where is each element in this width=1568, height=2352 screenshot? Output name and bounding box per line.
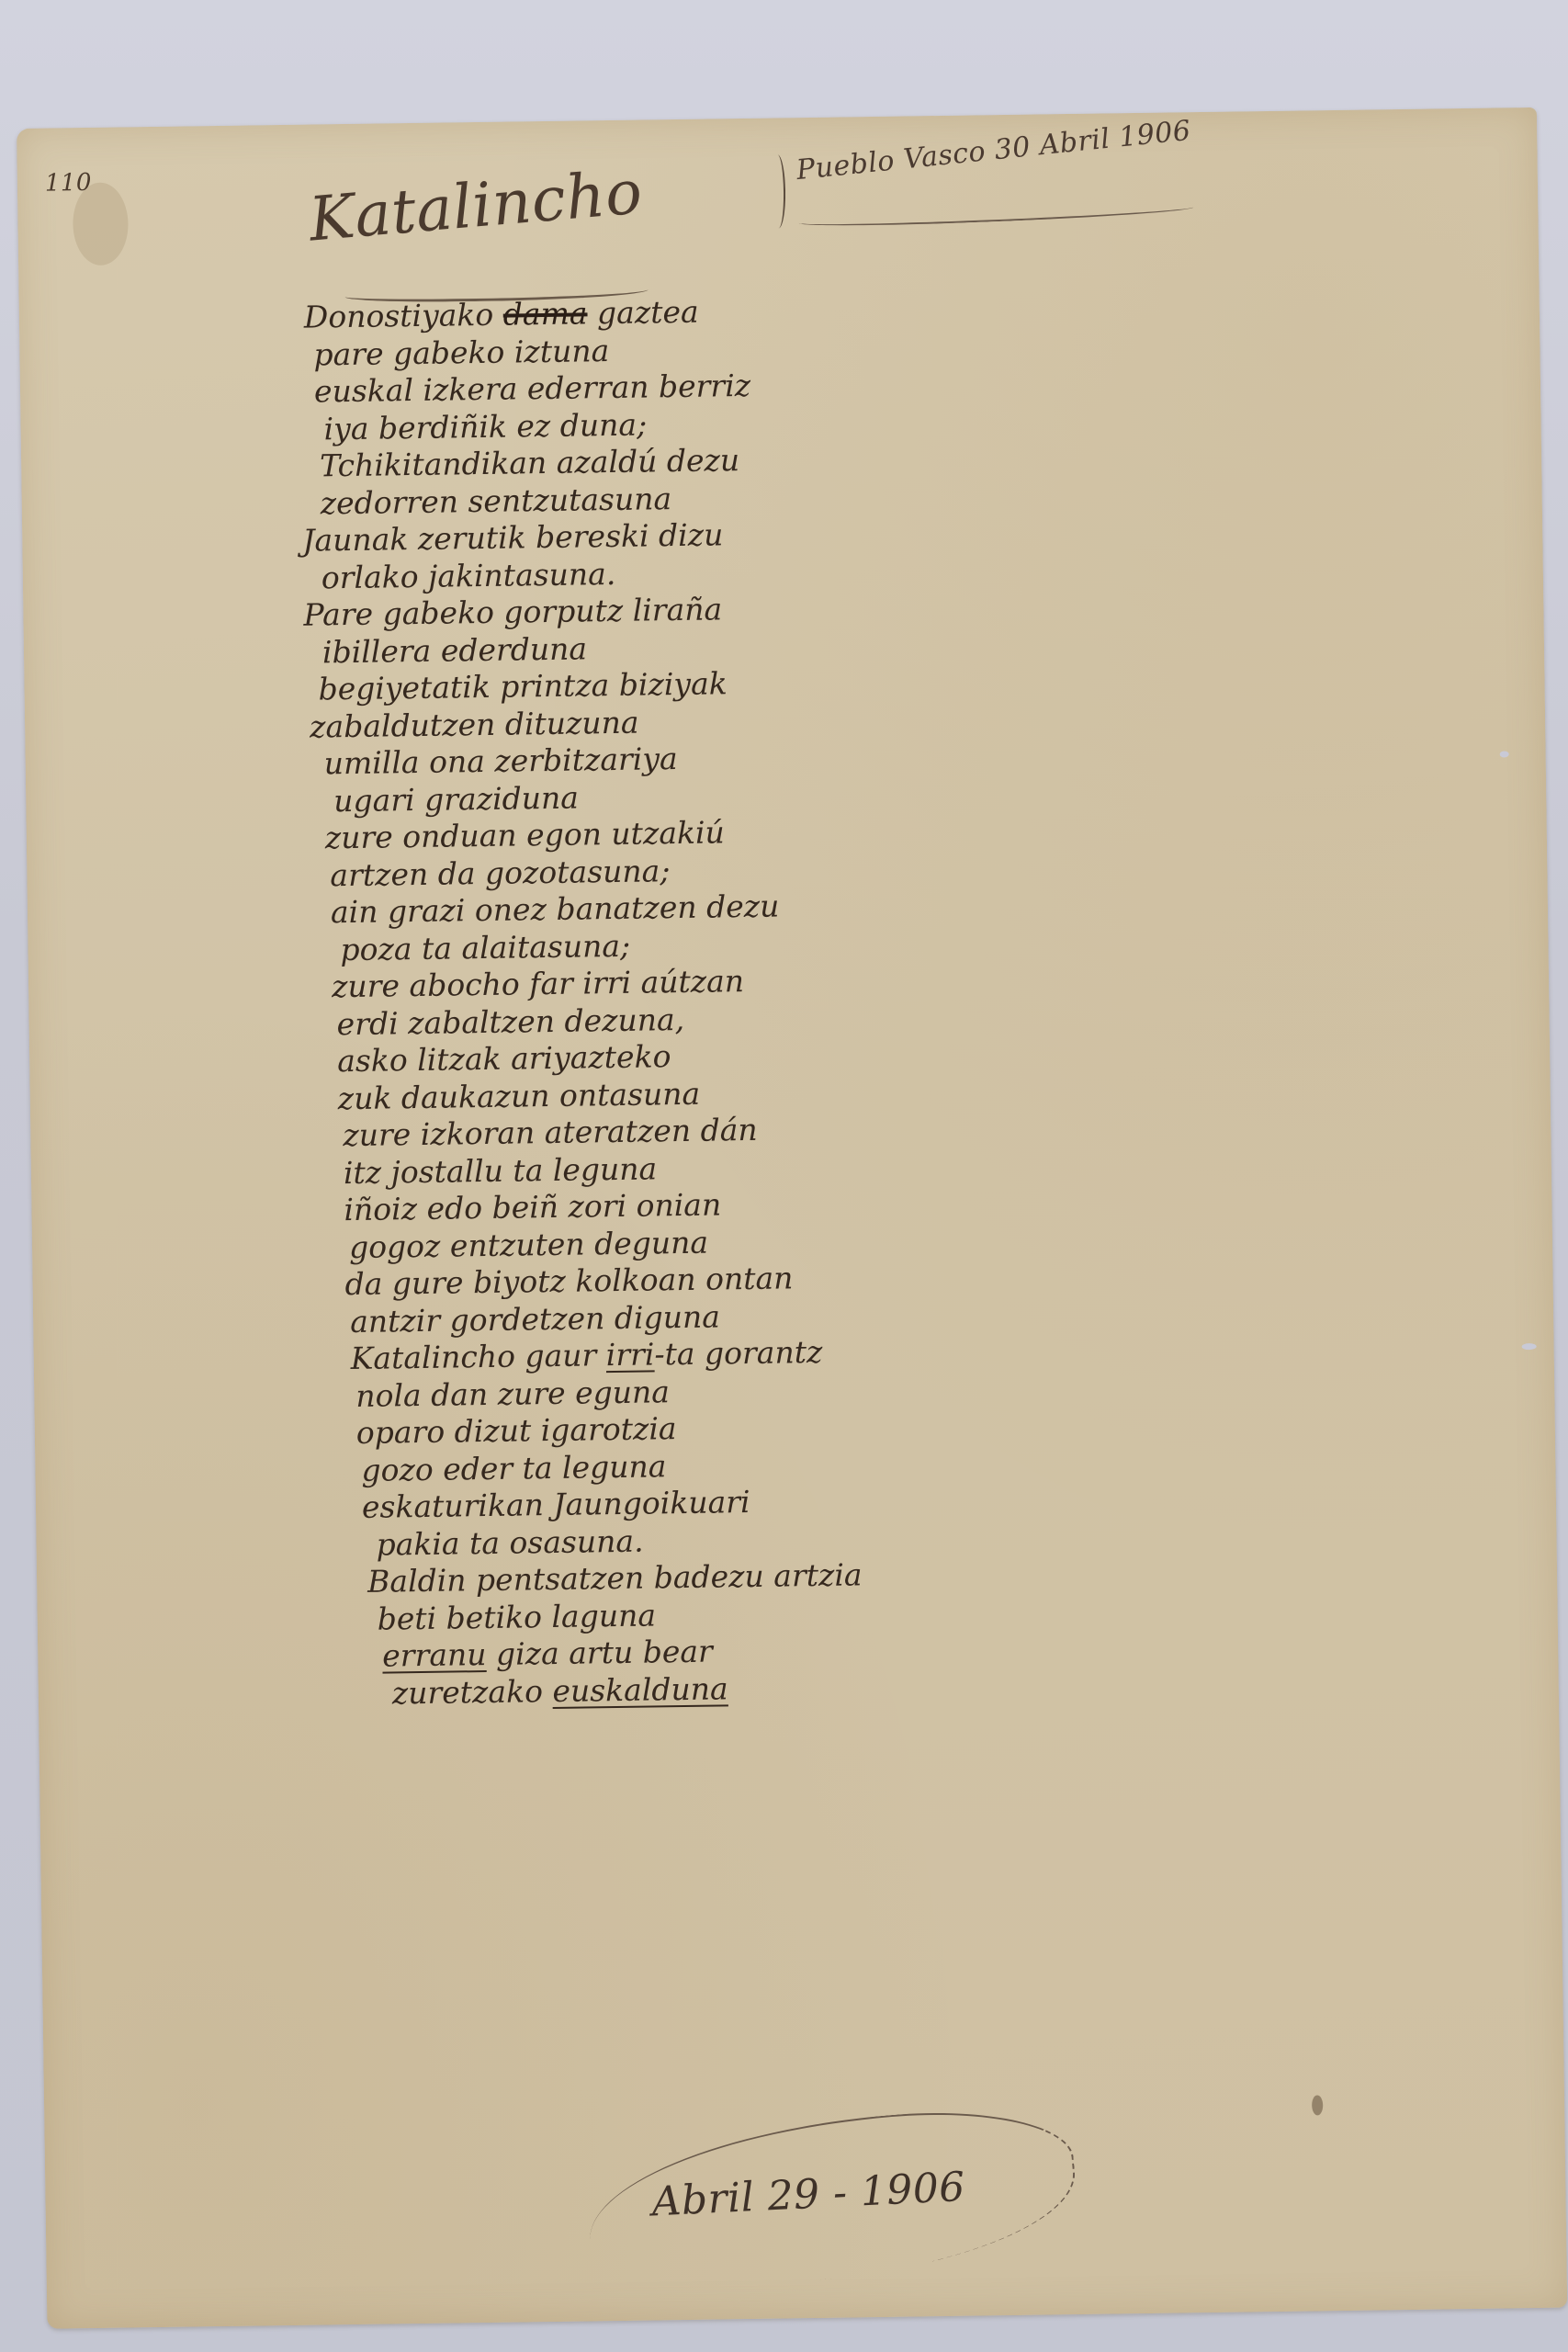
source-underline: [798, 200, 1193, 229]
line-text: Katalincho gaur: [350, 1337, 606, 1376]
poem-body: Donostiyako dama gaztea pare gabeko iztu…: [295, 288, 1141, 1713]
struck-word: dama: [502, 295, 587, 332]
line-text: zuretzako: [392, 1673, 553, 1711]
line-text: giza artu bear: [486, 1634, 713, 1672]
underlined-word: euskalduna: [552, 1670, 728, 1709]
line-text: gaztea: [587, 294, 699, 332]
closing-date: Abril 29 - 1906: [650, 2164, 966, 2226]
underlined-word: erranu: [382, 1636, 487, 1674]
source-note: Pueblo Vasco 30 Abril 1906: [795, 115, 1192, 187]
page-number: 110: [45, 169, 93, 198]
paper-hole: [1500, 751, 1509, 757]
paper-hole: [1522, 1343, 1537, 1350]
underlined-word: irri: [605, 1336, 654, 1373]
line-text: Donostiyako: [304, 297, 503, 335]
ink-spot: [1312, 2095, 1323, 2115]
manuscript-page: 110 Katalincho Pueblo Vasco 30 Abril 190…: [17, 107, 1567, 2329]
source-bracket: [770, 154, 785, 228]
poem-title: Katalincho: [307, 156, 646, 254]
line-text: -ta gorantz: [654, 1334, 822, 1373]
